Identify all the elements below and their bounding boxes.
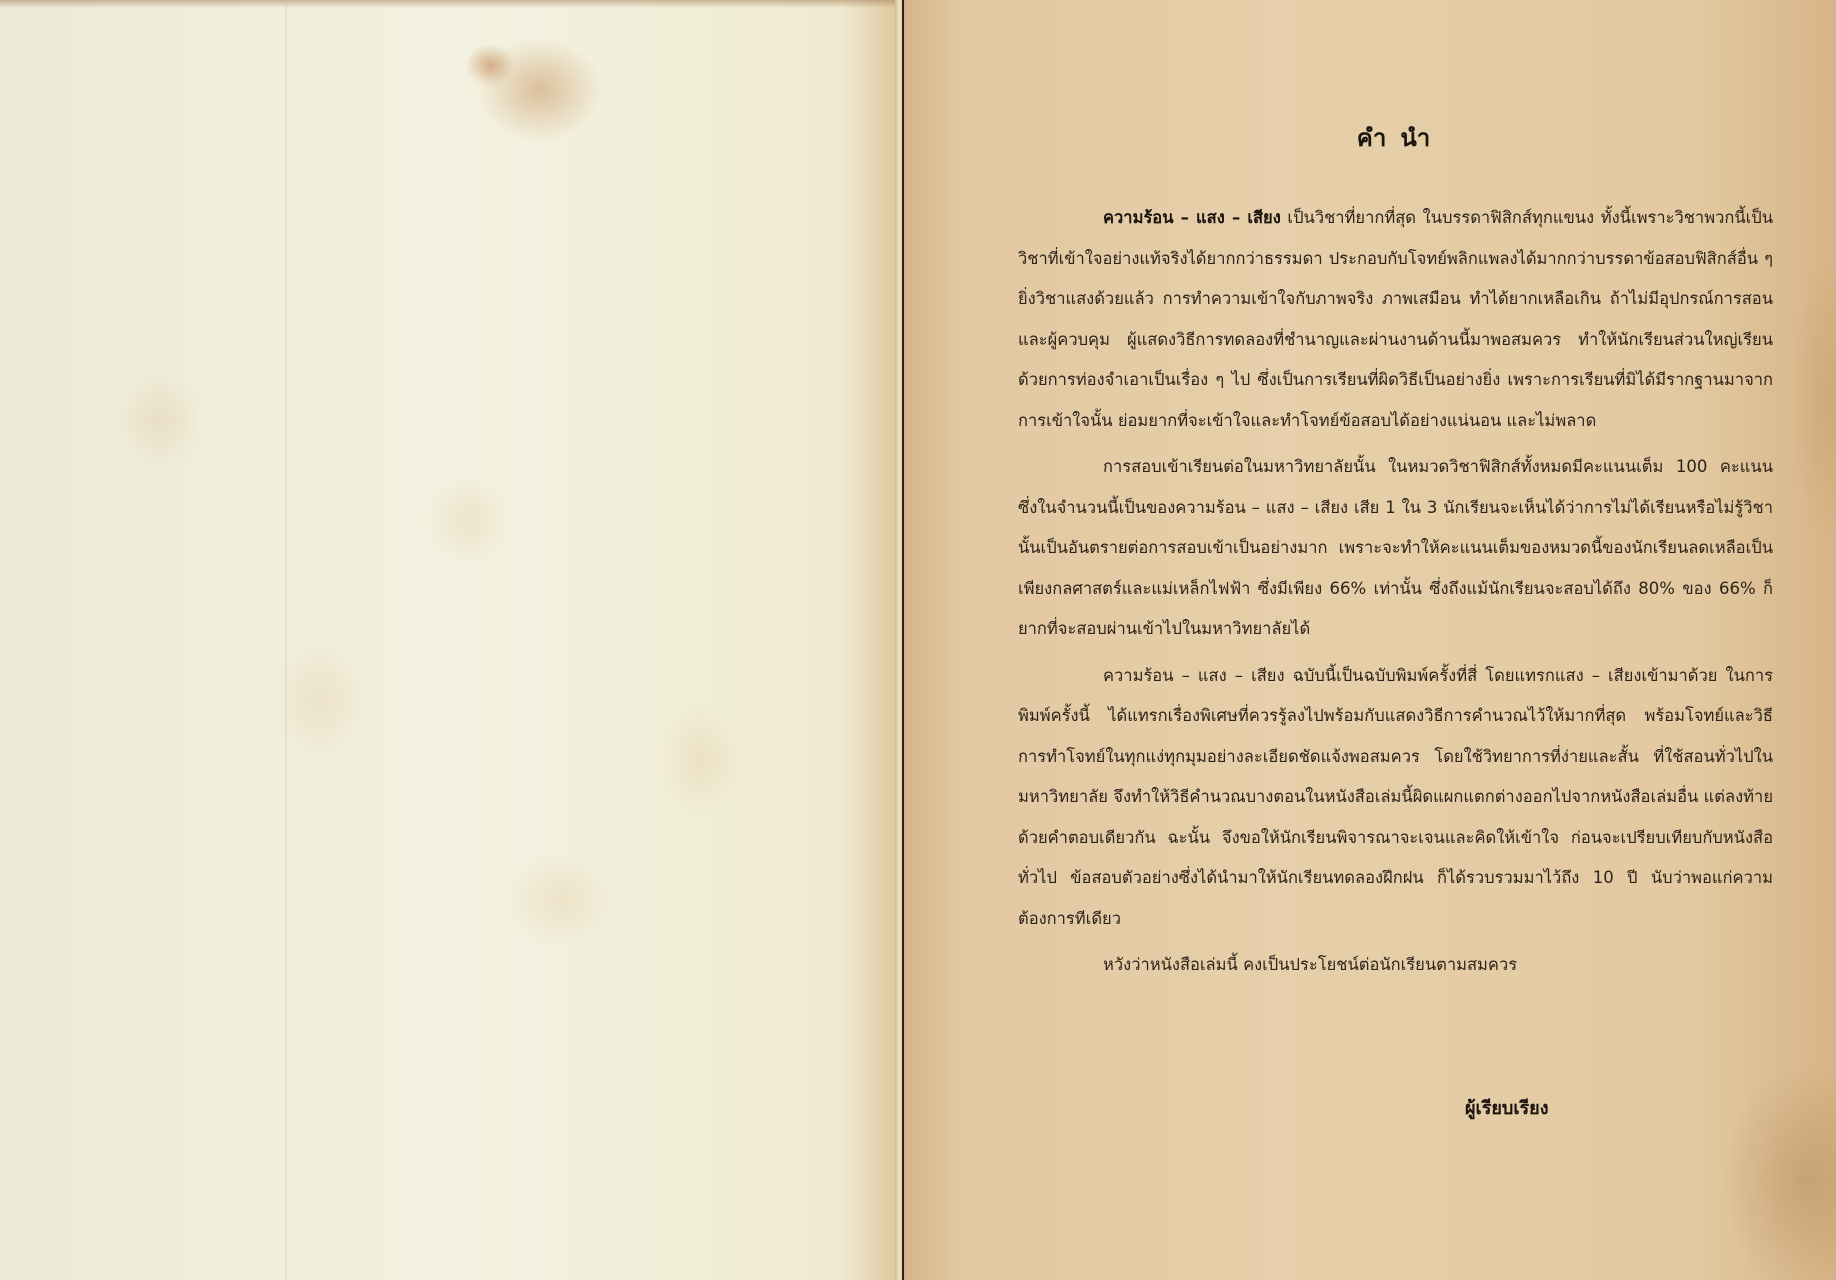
- book-spine: [895, 0, 905, 1280]
- page-title: คำนำ: [905, 118, 1836, 157]
- paragraph-1-lead: ความร้อน – แสง – เสียง: [1103, 208, 1281, 227]
- right-preface-page: คำนำ ความร้อน – แสง – เสียง เป็นวิชาที่ย…: [905, 0, 1836, 1280]
- paragraph-3: ความร้อน – แสง – เสียง ฉบับนี้เป็นฉบับพิ…: [1018, 656, 1773, 940]
- preface-body: ความร้อน – แสง – เสียง เป็นวิชาที่ยากที่…: [1018, 198, 1773, 986]
- left-page-fold-mark: [285, 0, 287, 1280]
- paragraph-1-text: เป็นวิชาที่ยากที่สุด ในบรรดาฟิสิกส์ทุกแข…: [1018, 208, 1773, 430]
- book-spread: คำนำ ความร้อน – แสง – เสียง เป็นวิชาที่ย…: [0, 0, 1836, 1280]
- paragraph-2-text: การสอบเข้าเรียนต่อในมหาวิทยาลัยนั้น ในหม…: [1018, 457, 1773, 638]
- paragraph-1: ความร้อน – แสง – เสียง เป็นวิชาที่ยากที่…: [1018, 198, 1773, 441]
- paragraph-2: การสอบเข้าเรียนต่อในมหาวิทยาลัยนั้น ในหม…: [1018, 447, 1773, 650]
- paragraph-3-text: ความร้อน – แสง – เสียง ฉบับนี้เป็นฉบับพิ…: [1018, 666, 1773, 928]
- left-page-top-edge: [0, 0, 895, 8]
- closing-line: หวังว่าหนังสือเล่มนี้ คงเป็นประโยชน์ต่อน…: [1018, 945, 1773, 986]
- left-blank-page: [0, 0, 895, 1280]
- spine-gutter-line: [902, 0, 904, 1280]
- author-signature: ผู้เรียบเรียง: [1465, 1093, 1549, 1122]
